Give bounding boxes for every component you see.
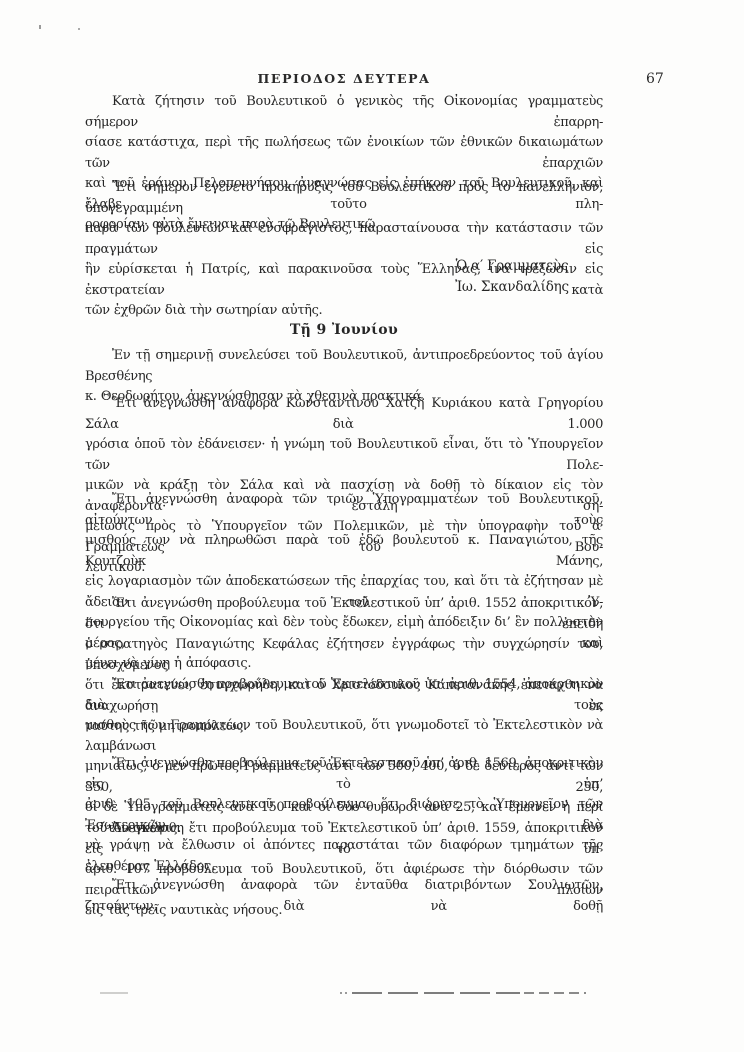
text-line: Ἔτι ἀνεγνώσθη ἀναφορὰ τῶν τριῶν Ὑπογραμμ… — [85, 490, 603, 531]
scan-artifact-dashed-rule — [524, 992, 586, 994]
text-line: τῶν ἐχθρῶν διὰ τὴν σωτηρίαν αὐτῆς. — [85, 301, 603, 322]
signature-block: Ὁ α′ Γραμματεὺς Ἰω. Σκανδαλίδης — [437, 256, 587, 298]
paragraph: Ἔτι ἀνεγνώσθη ἀναφορὰ τῶν ἐνταῦθα διατρι… — [85, 876, 603, 917]
text-line: μισθοὺς τῶν Γραμματέων τοῦ Βουλευτικοῦ, … — [85, 716, 603, 757]
text-line: Ἔτι ἀνεγνώσθη προβούλευμα τοῦ Ἐκτελεστικ… — [85, 754, 603, 795]
text-line: σίασε κατάστιχα, περὶ τῆς πωλήσεως τῶν ἐ… — [85, 133, 603, 174]
text-line: Ἔτι ἀνεγνώσθη προβούλευμα τοῦ Ἐκτελεστικ… — [85, 675, 603, 716]
text-line: μισθούς των νὰ πληρωθῶσι παρὰ τοῦ ἐδῶ βο… — [85, 531, 603, 572]
scan-artifact-dashed-rule — [352, 992, 520, 994]
text-line: γρόσια ὁποῦ τὸν ἐδάνεισεν· ἡ γνώμη τοῦ Β… — [85, 435, 603, 476]
text-line: Ἔτι ἀνεγνώσθη ἀναφορὰ Κωνσταντίνου Χατζῆ… — [85, 394, 603, 435]
session-date-heading: Τῇ 9 Ἰουνίου — [85, 322, 603, 338]
text-line: Ἔτι ἀνεγνώσθη ἀναφορὰ τῶν ἐνταῦθα διατρι… — [85, 876, 603, 917]
paragraph: Ἔτι σήμερον ἐγένετο προκήρυξις τοῦ Βουλε… — [85, 178, 603, 322]
text-line: παρὰ τῶν βουλευτῶν καὶ ἐνσφράγιστος, παρ… — [85, 219, 603, 260]
signature-role: Ὁ α′ Γραμματεὺς — [437, 256, 587, 277]
text-line: Ἔτι σήμερον ἐγένετο προκήρυξις τοῦ Βουλε… — [85, 178, 603, 219]
scan-speck — [78, 28, 80, 30]
text-line: ὁ στρατηγὸς Παναγιώτης Κεφάλας ἐζήτησεν … — [85, 635, 603, 676]
signature-name: Ἰω. Σκανδαλίδης — [437, 277, 587, 298]
scan-speck — [39, 25, 41, 29]
text-line: Ἀνεγνώσθη ἔτι προβούλευμα τοῦ Ἐκτελεστικ… — [85, 819, 603, 860]
text-column: Κατὰ ζήτησιν τοῦ Βουλευτικοῦ ὁ γενικὸς τ… — [85, 0, 603, 1052]
scan-artifact-dashed-rule — [340, 992, 350, 994]
text-line: Ἐν τῇ σημερινῇ συνελεύσει τοῦ Βουλευτικο… — [85, 346, 603, 387]
scanned-page: ΠΕΡΙΟΔΟΣ ΔΕΥΤΕΡΑ 67 Κατὰ ζήτησιν τοῦ Βου… — [0, 0, 744, 1052]
text-line: Ἔτι ἀνεγνώσθη προβούλευμα τοῦ Ἐκτελεστικ… — [85, 594, 603, 635]
page-number: 67 — [646, 71, 664, 87]
scan-speck — [100, 992, 128, 994]
text-line: Κατὰ ζήτησιν τοῦ Βουλευτικοῦ ὁ γενικὸς τ… — [85, 92, 603, 133]
